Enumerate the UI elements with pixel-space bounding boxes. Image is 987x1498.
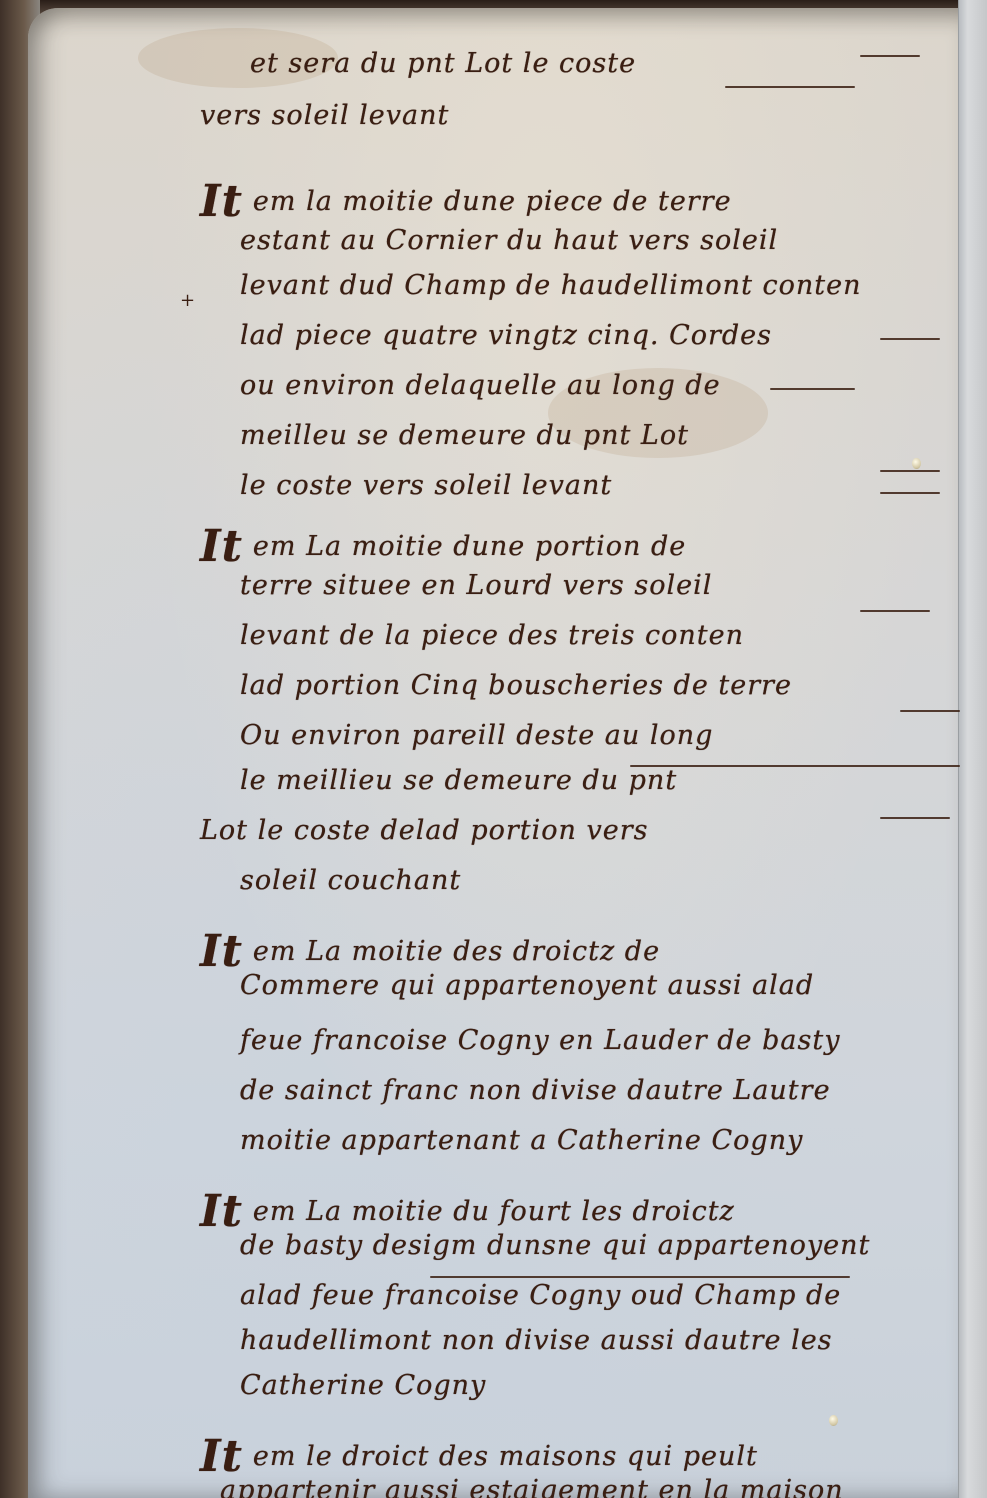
line-text: le coste vers soleil levant bbox=[240, 470, 612, 501]
manuscript-line: Lot le coste delad portion vers bbox=[200, 815, 648, 846]
manuscript-line: terre situee en Lourd vers soleil bbox=[240, 570, 712, 601]
line-text: em La moitie des droictz de bbox=[253, 936, 660, 967]
line-filler-stroke bbox=[630, 765, 960, 767]
manuscript-line: Item la moitie dune piece de terre bbox=[200, 170, 732, 221]
line-text: de basty desigm dunsne qui appartenoyent bbox=[240, 1230, 870, 1261]
item-initial: It bbox=[200, 926, 243, 977]
line-text: lad portion Cinq bouscheries de terre bbox=[240, 670, 792, 701]
item-initial: It bbox=[200, 176, 243, 227]
line-text: alad feue francoise Cogny oud Champ de bbox=[240, 1280, 841, 1311]
manuscript-line: estant au Cornier du haut vers soleil bbox=[240, 225, 778, 256]
manuscript-line: Ou environ pareill deste au long bbox=[240, 720, 713, 751]
line-text: Commere qui appartenoyent aussi alad bbox=[240, 970, 814, 1001]
line-text: le meillieu se demeure du pnt bbox=[240, 765, 677, 796]
line-text: feue francoise Cogny en Lauder de basty bbox=[240, 1025, 840, 1056]
line-text: Ou environ pareill deste au long bbox=[240, 720, 713, 751]
manuscript-line: le coste vers soleil levant bbox=[240, 470, 612, 501]
line-text: Lot le coste delad portion vers bbox=[200, 815, 648, 846]
line-text: appartenir aussi estaigement en la maiso… bbox=[220, 1475, 844, 1498]
line-text: em La moitie du fourt les droictz bbox=[253, 1196, 735, 1227]
line-filler-stroke bbox=[880, 470, 940, 472]
manuscript-line: vers soleil levant bbox=[200, 100, 449, 131]
line-text: haudellimont non divise aussi dautre les bbox=[240, 1325, 833, 1356]
manuscript-line: Item La moitie des droictz de bbox=[200, 920, 660, 971]
line-text: vers soleil levant bbox=[200, 100, 449, 131]
line-text: levant dud Champ de haudellimont conten bbox=[240, 270, 862, 301]
manuscript-line: Item La moitie du fourt les droictz bbox=[200, 1180, 735, 1231]
manuscript-line: levant de la piece des treis conten bbox=[240, 620, 744, 651]
line-filler-stroke bbox=[880, 492, 940, 494]
line-text: em la moitie dune piece de terre bbox=[253, 186, 732, 217]
manuscript-line: lad piece quatre vingtz cinq. Cordes bbox=[240, 320, 772, 351]
line-text: ou environ delaquelle au long de bbox=[240, 370, 721, 401]
margin-mark: + bbox=[180, 290, 195, 311]
line-text: levant de la piece des treis conten bbox=[240, 620, 744, 651]
line-text: em le droict des maisons qui peult bbox=[253, 1441, 758, 1472]
line-text: Catherine Cogny bbox=[240, 1370, 486, 1401]
line-text: em La moitie dune portion de bbox=[253, 531, 686, 562]
manuscript-line: Commere qui appartenoyent aussi alad bbox=[240, 970, 814, 1001]
item-initial: It bbox=[200, 521, 243, 572]
manuscript-line: Item La moitie dune portion de bbox=[200, 515, 686, 566]
item-initial: It bbox=[200, 1186, 243, 1237]
manuscript-line: meilleu se demeure du pnt Lot bbox=[240, 420, 689, 451]
line-text: moitie appartenant a Catherine Cogny bbox=[240, 1125, 803, 1156]
line-filler-stroke bbox=[860, 55, 920, 57]
manuscript-line: ou environ delaquelle au long de bbox=[240, 370, 721, 401]
line-text: et sera du pnt Lot le coste bbox=[250, 48, 636, 79]
manuscript-line: de sainct franc non divise dautre Lautre bbox=[240, 1075, 831, 1106]
manuscript-line: levant dud Champ de haudellimont conten bbox=[240, 270, 862, 301]
line-text: de sainct franc non divise dautre Lautre bbox=[240, 1075, 831, 1106]
manuscript-line: alad feue francoise Cogny oud Champ de bbox=[240, 1280, 841, 1311]
manuscript-line: appartenir aussi estaigement en la maiso… bbox=[220, 1475, 844, 1498]
manuscript-line: Item le droict des maisons qui peult bbox=[200, 1425, 758, 1476]
line-text: meilleu se demeure du pnt Lot bbox=[240, 420, 689, 451]
line-filler-stroke bbox=[770, 388, 855, 390]
line-filler-stroke bbox=[880, 817, 950, 819]
line-text: soleil couchant bbox=[240, 865, 461, 896]
line-text: estant au Cornier du haut vers soleil bbox=[240, 225, 778, 256]
manuscript-line: le meillieu se demeure du pnt bbox=[240, 765, 677, 796]
manuscript-line: haudellimont non divise aussi dautre les bbox=[240, 1325, 833, 1356]
line-filler-stroke bbox=[880, 338, 940, 340]
line-filler-stroke bbox=[430, 1276, 850, 1278]
manuscript-line: soleil couchant bbox=[240, 865, 461, 896]
line-text: lad piece quatre vingtz cinq. Cordes bbox=[240, 320, 772, 351]
line-filler-stroke bbox=[860, 610, 930, 612]
line-filler-stroke bbox=[725, 86, 855, 88]
pin-hole-icon bbox=[912, 458, 921, 469]
manuscript-line: et sera du pnt Lot le coste bbox=[250, 48, 636, 79]
page-edge bbox=[958, 0, 987, 1498]
manuscript-line: Catherine Cogny bbox=[240, 1370, 486, 1401]
line-filler-stroke bbox=[900, 710, 960, 712]
manuscript-line: de basty desigm dunsne qui appartenoyent bbox=[240, 1230, 870, 1261]
manuscript-line: moitie appartenant a Catherine Cogny bbox=[240, 1125, 803, 1156]
pin-hole-icon bbox=[829, 1415, 838, 1426]
manuscript-line: feue francoise Cogny en Lauder de basty bbox=[240, 1025, 840, 1056]
manuscript-line: lad portion Cinq bouscheries de terre bbox=[240, 670, 792, 701]
line-text: terre situee en Lourd vers soleil bbox=[240, 570, 712, 601]
